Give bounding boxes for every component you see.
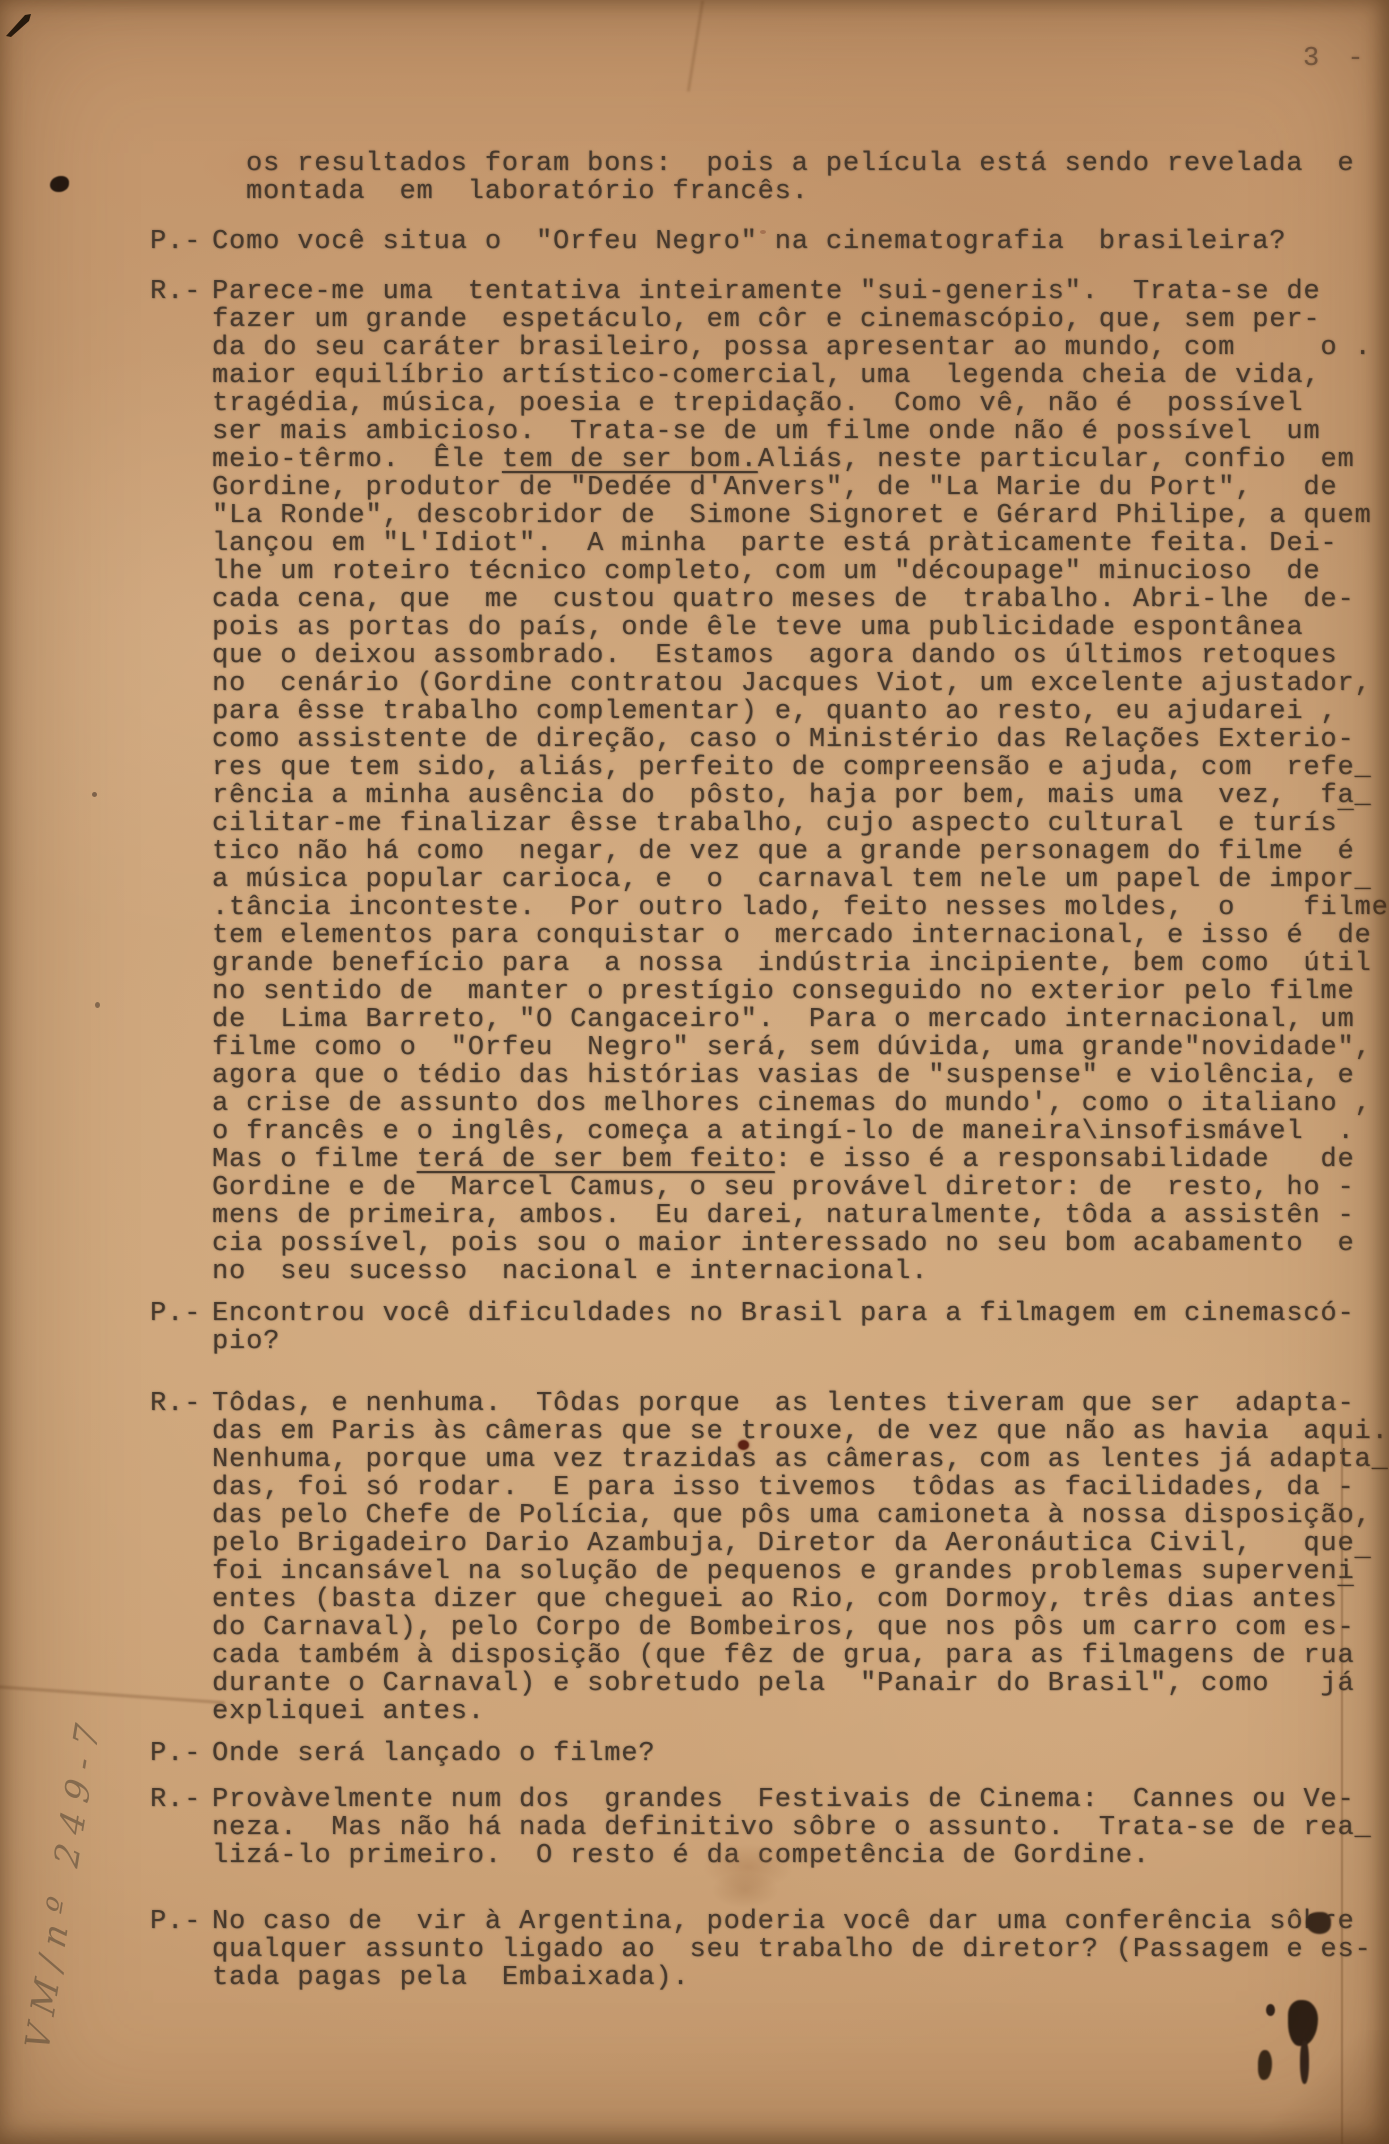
text-line: agora que o tédio das histórias vasias d… bbox=[212, 1062, 1389, 1090]
text-line: fazer um grande espetáculo, em côr e cin… bbox=[212, 306, 1389, 334]
text-line: cada também à disposição (que fêz de gru… bbox=[212, 1642, 1389, 1670]
qa-block: P.-No caso de vir à Argentina, poderia v… bbox=[150, 1908, 1380, 1992]
text-line: res que tem sido, aliás, perfeito de com… bbox=[212, 754, 1389, 782]
qa-block: R.-Provàvelmente num dos grandes Festiva… bbox=[150, 1786, 1380, 1870]
paper-crease bbox=[687, 0, 704, 91]
paper-speck bbox=[92, 792, 97, 797]
text-line: Parece-me uma tentativa inteiramente "su… bbox=[212, 278, 1389, 306]
text-line: ser mais ambicioso. Trata-se de um filme… bbox=[212, 418, 1389, 446]
text-line: rência a minha ausência do pôsto, haja p… bbox=[212, 782, 1389, 810]
underlined-phrase: tem de ser bom. bbox=[502, 445, 758, 475]
text-line: da do seu caráter brasileiro, possa apre… bbox=[212, 334, 1389, 362]
qa-block: R.-Tôdas, e nenhuma. Tôdas porque as len… bbox=[150, 1390, 1380, 1726]
text-line: durante o Carnaval) e sobretudo pela "Pa… bbox=[212, 1670, 1389, 1698]
text-line: Onde será lançado o filme? bbox=[212, 1740, 1380, 1768]
qa-text: Parece-me uma tentativa inteiramente "su… bbox=[212, 278, 1389, 1286]
text-line: para êsse trabalho complementar) e, quan… bbox=[212, 698, 1389, 726]
qa-label: R.- bbox=[150, 1390, 212, 1726]
text-line: foi incansável na solução de pequenos e … bbox=[212, 1558, 1389, 1586]
qa-container: os resultados foram bons: pois a películ… bbox=[150, 150, 1380, 1992]
text-line: o francês e o inglês, começa a atingí-lo… bbox=[212, 1118, 1389, 1146]
text-line: Tôdas, e nenhuma. Tôdas porque as lentes… bbox=[212, 1390, 1389, 1418]
qa-block: P.-Como você situa o "Orfeu Negro" na ci… bbox=[150, 228, 1380, 256]
text-line: do Carnaval), pelo Corpo de Bombeiros, q… bbox=[212, 1614, 1389, 1642]
ink-spot bbox=[1266, 2004, 1275, 2016]
text-line: como assistente de direção, caso o Minis… bbox=[212, 726, 1389, 754]
text-line: pelo Brigadeiro Dario Azambuja, Diretor … bbox=[212, 1530, 1389, 1558]
ink-blot bbox=[50, 176, 69, 192]
text-line: a música popular carioca, e o carnaval t… bbox=[212, 866, 1389, 894]
text-line: No caso de vir à Argentina, poderia você… bbox=[212, 1908, 1380, 1936]
qa-text: Tôdas, e nenhuma. Tôdas porque as lentes… bbox=[212, 1390, 1389, 1726]
qa-text: os resultados foram bons: pois a películ… bbox=[212, 150, 1380, 206]
text-line: que o deixou assombrado. Estamos agora d… bbox=[212, 642, 1389, 670]
qa-block: P.-Onde será lançado o filme? bbox=[150, 1740, 1380, 1768]
text-line: no sentido de manter o prestígio consegu… bbox=[212, 978, 1389, 1006]
page-number: 3 - bbox=[1303, 44, 1370, 74]
text-line: das, foi só rodar. E para isso tivemos t… bbox=[212, 1474, 1389, 1502]
text-line: "La Ronde", descobridor de Simone Signor… bbox=[212, 502, 1389, 530]
text-line: Nenhuma, porque uma vez trazidas as câme… bbox=[212, 1446, 1389, 1474]
qa-label: P.- bbox=[150, 228, 212, 256]
qa-label: P.- bbox=[150, 1908, 212, 1992]
text-line: cada cena, que me custou quatro meses de… bbox=[212, 586, 1389, 614]
text-line: lhe um roteiro técnico completo, com um … bbox=[212, 558, 1389, 586]
text-line: das pelo Chefe de Polícia, que pôs uma c… bbox=[212, 1502, 1389, 1530]
text-line: lançou em "L'Idiot". A minha parte está … bbox=[212, 530, 1389, 558]
text-line: qualquer assunto ligado ao seu trabalho … bbox=[212, 1936, 1380, 1964]
qa-text: Encontrou você dificuldades no Brasil pa… bbox=[212, 1300, 1380, 1356]
text-line: os resultados foram bons: pois a películ… bbox=[246, 150, 1380, 178]
text-line: maior equilíbrio artístico-comercial, um… bbox=[212, 362, 1389, 390]
text-line: filme como o "Orfeu Negro" será, sem dúv… bbox=[212, 1034, 1389, 1062]
text-line: Gordine, produtor de "Dedée d'Anvers", d… bbox=[212, 474, 1389, 502]
qa-text: No caso de vir à Argentina, poderia você… bbox=[212, 1908, 1380, 1992]
text-line: tada pagas pela Embaixada). bbox=[212, 1964, 1380, 1992]
ink-spot bbox=[1258, 2050, 1272, 2080]
text-line: das em Paris às câmeras que se trouxe, d… bbox=[212, 1418, 1389, 1446]
text-line: pois as portas do país, onde êle teve um… bbox=[212, 614, 1389, 642]
text-line: neza. Mas não há nada definitivo sôbre o… bbox=[212, 1814, 1380, 1842]
pen-stroke-mark bbox=[5, 12, 35, 38]
ink-blot bbox=[1300, 2040, 1309, 2084]
paper-speck bbox=[95, 1002, 100, 1008]
text-line: no seu sucesso nacional e internacional. bbox=[212, 1258, 1389, 1286]
text-line: entes (basta dizer que cheguei ao Rio, c… bbox=[212, 1586, 1389, 1614]
text-line: tem elementos para conquistar o mercado … bbox=[212, 922, 1389, 950]
text-line: a crise de assunto dos melhores cinemas … bbox=[212, 1090, 1389, 1118]
qa-block: P.-Encontrou você dificuldades no Brasil… bbox=[150, 1300, 1380, 1356]
qa-label: P.- bbox=[150, 1300, 212, 1356]
text-line: Mas o filme terá de ser bem feito: e iss… bbox=[212, 1146, 1389, 1174]
text-line: meio-têrmo. Êle tem de ser bom.Aliás, ne… bbox=[212, 446, 1389, 474]
text-line: pio? bbox=[212, 1328, 1380, 1356]
qa-label: R.- bbox=[150, 1786, 212, 1870]
text-line: mens de primeira, ambos. Eu darei, natur… bbox=[212, 1202, 1389, 1230]
scanned-document-page: 3 - os resultados foram bons: pois a pel… bbox=[0, 0, 1389, 2144]
text-line: Provàvelmente num dos grandes Festivais … bbox=[212, 1786, 1380, 1814]
text-line: de Lima Barreto, "O Cangaceiro". Para o … bbox=[212, 1006, 1389, 1034]
qa-label: P.- bbox=[150, 1740, 212, 1768]
handwritten-margin-note: VM/nº 249-7 bbox=[18, 1669, 116, 2055]
qa-text: Onde será lançado o filme? bbox=[212, 1740, 1380, 1768]
text-line: tico não há como negar, de vez que a gra… bbox=[212, 838, 1389, 866]
qa-label bbox=[150, 150, 212, 206]
text-line: cia possível, pois sou o maior interessa… bbox=[212, 1230, 1389, 1258]
text-line: Gordine e de Marcel Camus, o seu prováve… bbox=[212, 1174, 1389, 1202]
qa-label: R.- bbox=[150, 278, 212, 1286]
text-line: montada em laboratório francês. bbox=[246, 178, 1380, 206]
paper-fold bbox=[1240, 2030, 1389, 2144]
text-line: tragédia, música, poesia e trepidação. C… bbox=[212, 390, 1389, 418]
text-line: expliquei antes. bbox=[212, 1698, 1389, 1726]
qa-text: Como você situa o "Orfeu Negro" na cinem… bbox=[212, 228, 1380, 256]
qa-block: R.-Parece-me uma tentativa inteiramente … bbox=[150, 278, 1380, 1286]
ink-blot bbox=[1288, 2000, 1318, 2046]
text-line: cilitar-me finalizar êsse trabalho, cujo… bbox=[212, 810, 1389, 838]
intro-block: os resultados foram bons: pois a películ… bbox=[150, 150, 1380, 206]
text-line: no cenário (Gordine contratou Jacques Vi… bbox=[212, 670, 1389, 698]
text-line: Como você situa o "Orfeu Negro" na cinem… bbox=[212, 228, 1380, 256]
text-line: lizá-lo primeiro. O resto é da competênc… bbox=[212, 1842, 1380, 1870]
text-line: Encontrou você dificuldades no Brasil pa… bbox=[212, 1300, 1380, 1328]
underlined-phrase: terá de ser bem feito bbox=[417, 1145, 775, 1175]
text-line: .tância inconteste. Por outro lado, feit… bbox=[212, 894, 1389, 922]
qa-text: Provàvelmente num dos grandes Festivais … bbox=[212, 1786, 1380, 1870]
text-line: grande benefício para a nossa indústria … bbox=[212, 950, 1389, 978]
